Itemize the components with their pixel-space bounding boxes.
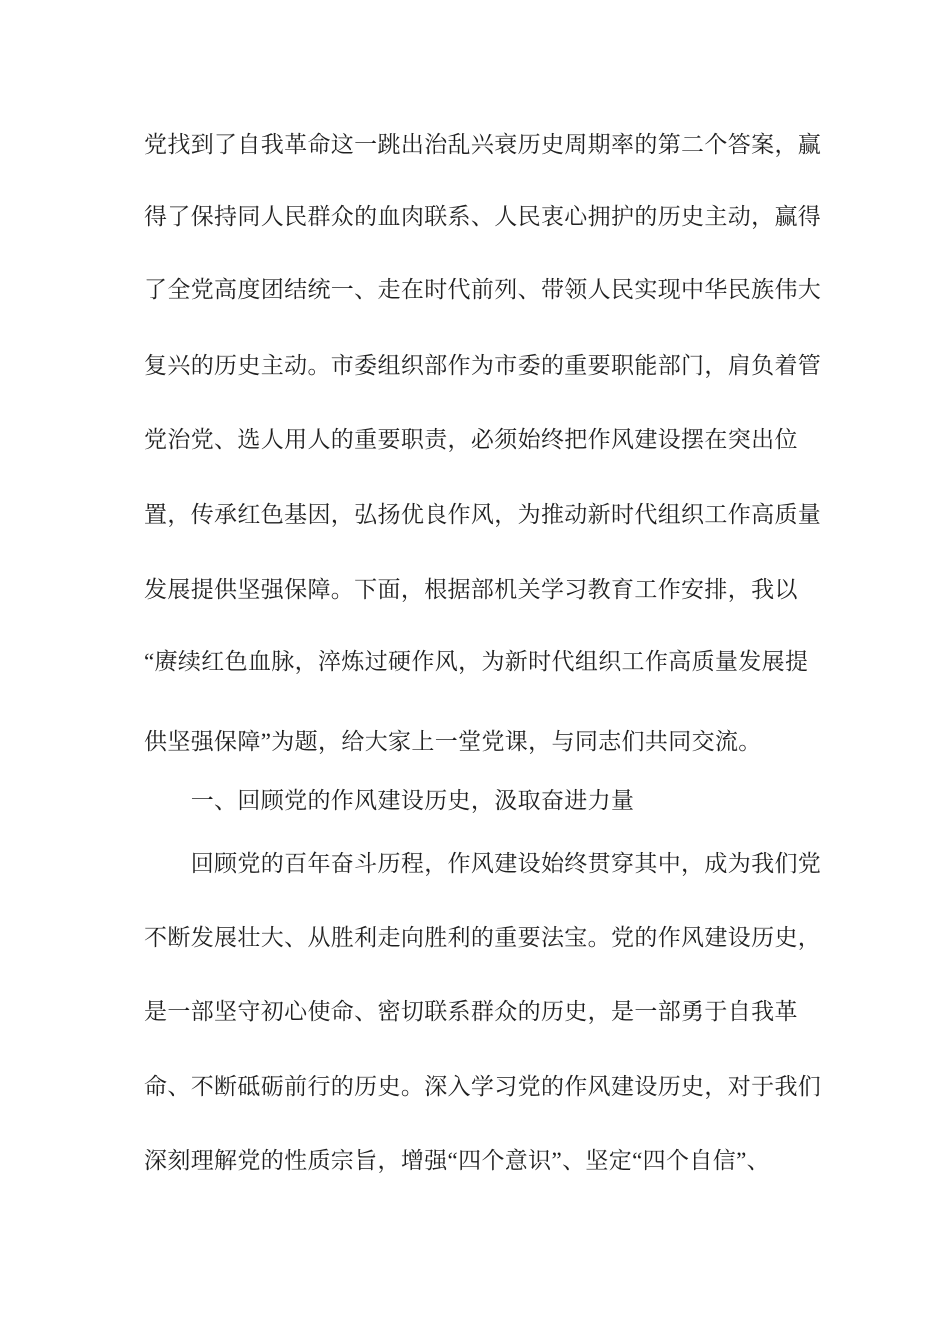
- text-line: 得了保持同人民群众的血肉联系、人民衷心拥护的历史主动，赢得: [144, 181, 836, 253]
- text-line: 发展提供坚强保障。下面，根据部机关学习教育工作安排，我以: [144, 554, 836, 626]
- text-line: 置，传承红色基因，弘扬优良作风，为推动新时代组织工作高质量: [144, 479, 836, 551]
- text-line: 不断发展壮大、从胜利走向胜利的重要法宝。党的作风建设历史，: [144, 902, 836, 974]
- text-line: 深刻理解党的性质宗旨，增强“四个意识”、坚定“四个自信”、: [144, 1125, 836, 1197]
- document-text-block: 党找到了自我革命这一跳出治乱兴衰历史周期率的第二个答案，赢 得了保持同人民群众的…: [144, 0, 836, 1344]
- text-line: 回顾党的百年奋斗历程，作风建设始终贯穿其中，成为我们党: [144, 828, 836, 900]
- text-line: 党治党、选人用人的重要职责，必须始终把作风建设摆在突出位: [144, 404, 836, 476]
- text-line: “赓续红色血脉，淬炼过硬作风，为新时代组织工作高质量发展提: [144, 626, 836, 698]
- text-line: 是一部坚守初心使命、密切联系群众的历史，是一部勇于自我革: [144, 976, 836, 1048]
- text-line: 了全党高度团结统一、走在时代前列、带领人民实现中华民族伟大: [144, 254, 836, 326]
- text-line: 党找到了自我革命这一跳出治乱兴衰历史周期率的第二个答案，赢: [144, 109, 836, 181]
- section-1-heading: 一、回顾党的作风建设历史，汲取奋进力量: [144, 765, 836, 837]
- document-page: 党找到了自我革命这一跳出治乱兴衰历史周期率的第二个答案，赢 得了保持同人民群众的…: [0, 0, 950, 1344]
- text-line: 命、不断砥砺前行的历史。深入学习党的作风建设历史，对于我们: [144, 1051, 836, 1123]
- text-line: 复兴的历史主动。市委组织部作为市委的重要职能部门，肩负着管: [144, 330, 836, 402]
